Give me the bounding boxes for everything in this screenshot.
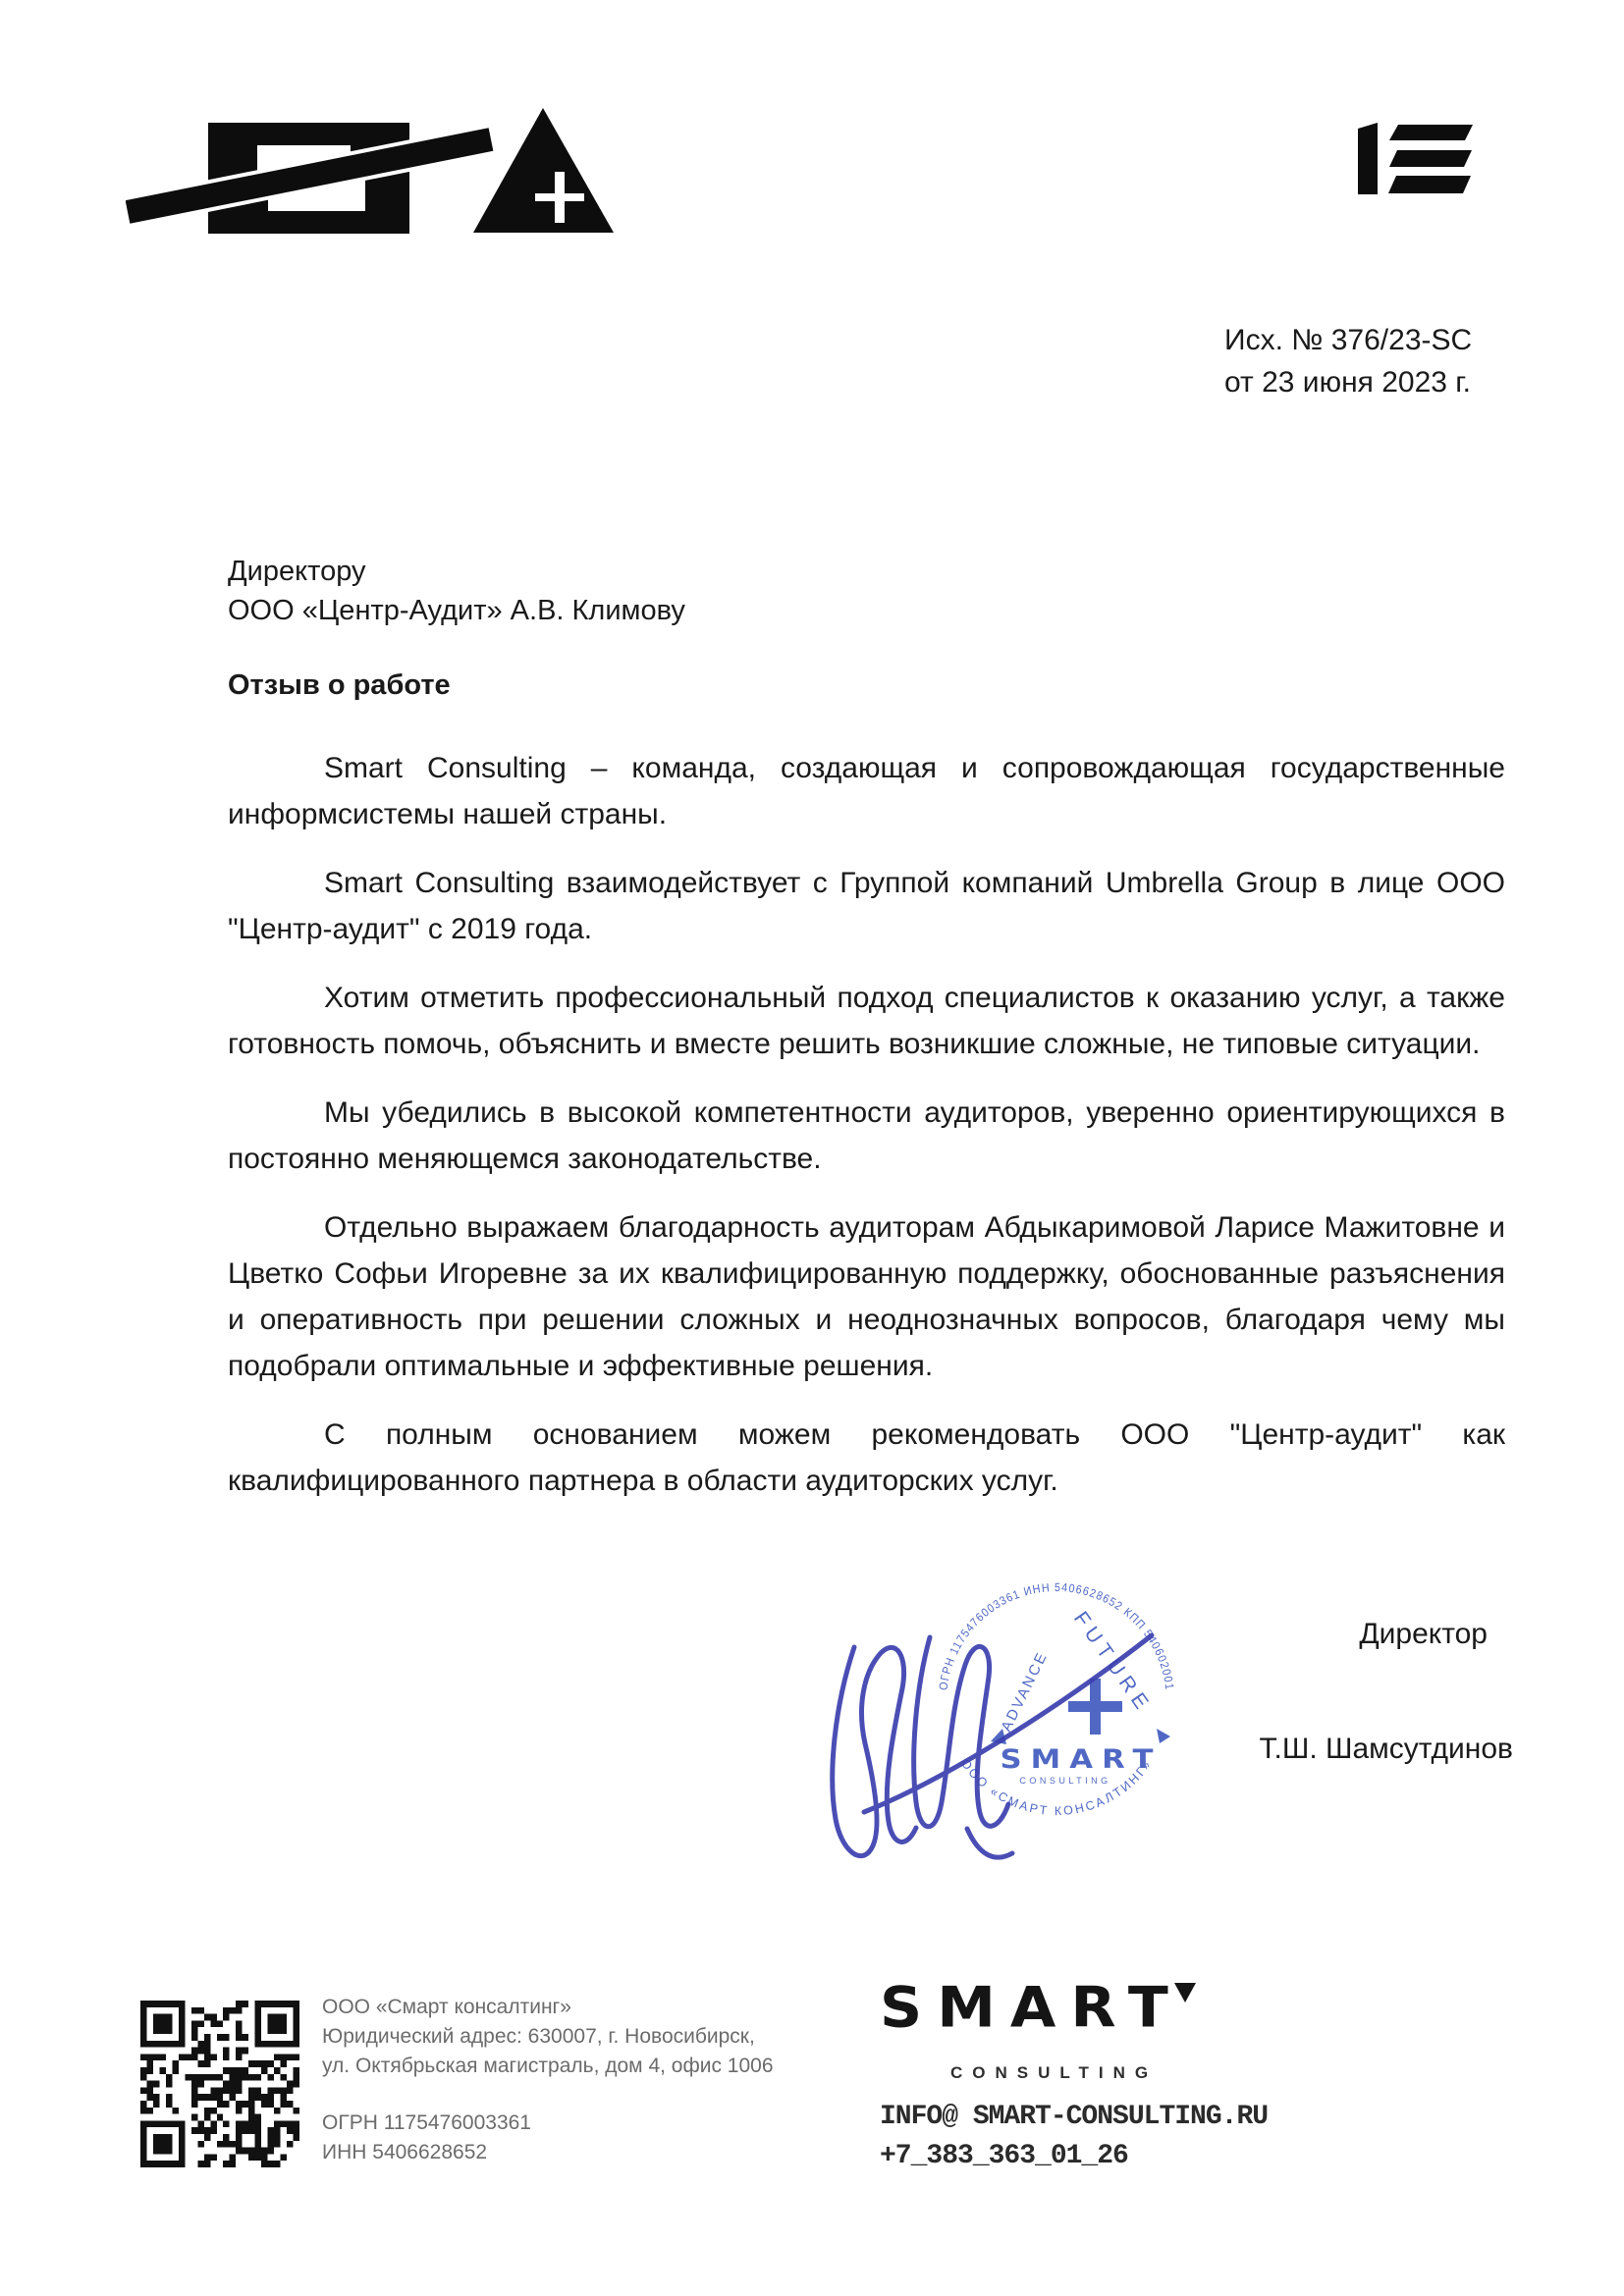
footer-brand-sub: CONSULTING — [950, 2063, 1158, 2083]
footer-contacts: INFO@ SMART-CONSULTING.RU +7_383_363_01_… — [880, 2098, 1268, 2176]
signatory-name: Т.Ш. Шамсутдинов — [1259, 1730, 1513, 1769]
letter-subject: Отзыв о работе — [228, 666, 451, 705]
reference-block: Исх. № 376/23-SC от 23 июня 2023 г. — [1224, 319, 1472, 403]
partner-e-logo-icon — [1355, 118, 1478, 198]
footer-address-line1: Юридический адрес: 630007, г. Новосибирс… — [322, 2022, 774, 2052]
footer-requisites: ООО «Смарт консалтинг» Юридический адрес… — [322, 1993, 774, 2167]
smart-consulting-s-logo-icon — [126, 102, 626, 240]
paragraph-6: С полным основанием можем рекомендовать … — [228, 1412, 1505, 1504]
footer-ogrn: ОГРН 1175476003361 — [322, 2109, 774, 2138]
signatory-title: Директор — [1359, 1615, 1488, 1654]
paragraph-2: Smart Consulting взаимодействует с Групп… — [228, 860, 1505, 952]
stamp-corner-right-icon — [1157, 1729, 1170, 1743]
addressee-block: Директору ООО «Центр-Аудит» А.В. Климову — [228, 552, 685, 630]
director-signature — [820, 1608, 1159, 1873]
letter-page: Исх. № 376/23-SC от 23 июня 2023 г. Дире… — [0, 0, 1624, 2296]
paragraph-3: Хотим отметить профессиональный подход с… — [228, 975, 1505, 1067]
addressee-company: ООО «Центр-Аудит» А.В. Климову — [228, 591, 685, 630]
reference-date: от 23 июня 2023 г. — [1224, 361, 1472, 403]
brand-trademark-triangle-icon — [1174, 1983, 1196, 2002]
footer-address-line2: ул. Октябрьская магистраль, дом 4, офис … — [322, 2052, 774, 2081]
letter-body: Smart Consulting – команда, создающая и … — [228, 745, 1505, 1504]
footer-phone: +7_383_363_01_26 — [880, 2137, 1268, 2176]
paragraph-4: Мы убедились в высокой компетентности ау… — [228, 1090, 1505, 1182]
paragraph-1: Smart Consulting – команда, создающая и … — [228, 745, 1505, 837]
reference-number: Исх. № 376/23-SC — [1224, 319, 1472, 361]
footer-brand-logo: SMART — [880, 1975, 1183, 2041]
footer-company-name: ООО «Смарт консалтинг» — [322, 1993, 774, 2022]
addressee-position: Директору — [228, 552, 685, 591]
footer-email: INFO@ SMART-CONSULTING.RU — [880, 2098, 1268, 2137]
qr-code — [140, 2001, 299, 2167]
footer-inn: ИНН 5406628652 — [322, 2138, 774, 2167]
paragraph-5: Отдельно выражаем благодарность аудитора… — [228, 1204, 1505, 1389]
